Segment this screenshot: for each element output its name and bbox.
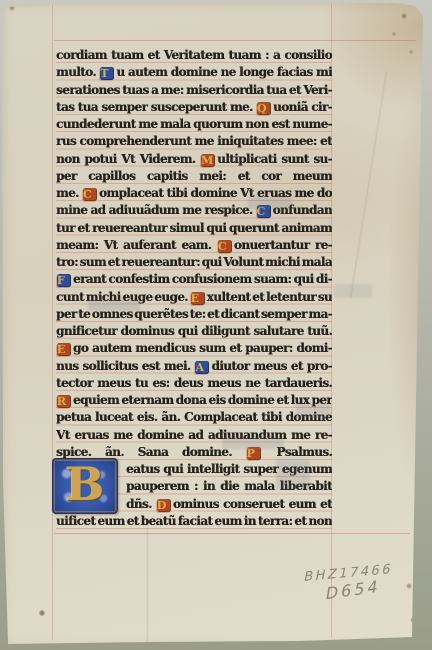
ruling-line-top [54,40,416,41]
ruling-line-left-margin [52,4,53,640]
text-line: Ferant confestim confusionem suam: qui d… [56,271,332,288]
ink-offset-smudge [296,403,330,418]
decorated-initial-t: T [100,67,114,80]
text-segment: u autem domine ne longe facias mi [116,65,332,79]
ink-offset-smudge [248,197,292,209]
text-segment: equiem eternam dona eis domine et lux pe… [73,393,332,407]
ruling-line-bottom [54,533,410,534]
decorated-initial-c: C [218,240,232,253]
text-segment: omplaceat tibi domine Vt eruas me do [99,186,332,200]
text-line: nus sollicitus est mei. Adiutor meus et … [56,358,332,375]
text-segment: tro: sum et reuereantur: qui Volunt mich… [56,255,332,269]
text-line: rus comprehenderunt me iniquitates mee: … [56,133,332,150]
text-segment: nus sollicitus est mei. [56,359,194,373]
text-line: multo. Tu autem domine ne longe facias m… [56,64,332,81]
decorated-initial-c: C [83,188,97,201]
text-segment: dñs. [126,497,156,511]
text-segment: tur et reuereantur simul qui querunt ani… [56,221,332,235]
text-line: tector meus tu es: deus meus ne tardauer… [56,375,332,392]
photograph-background: cordiam tuam et Veritatem tuam : a consi… [0,0,432,650]
text-segment: cordiam tuam et Veritatem tuam : a consi… [56,48,332,62]
text-line: Requiem eternam dona eis domine et lux p… [56,392,332,409]
text-line: cundederunt me mala quorum non est nume- [56,116,332,133]
text-segment: uificet eum et beatũ faciat eum in terra… [56,514,332,528]
text-segment: erant confestim confusionem suam: qui di… [73,272,332,286]
text-segment: me. [56,186,82,200]
decorated-initial-q: Q [257,102,271,115]
decorated-initial-e: E [57,343,71,356]
text-segment: Vt eruas me domine ad adiuuandum me re- [56,428,332,442]
text-line: uificet eum et beatũ faciat eum in terra… [56,513,332,530]
text-line: tas tua semper susceperunt me. Quoniã ci… [56,99,332,116]
text-line: gnificetur dominus qui diligunt salutare… [56,323,332,340]
text-line: serationes tuas a me: misericordia tua e… [56,82,332,99]
pencil-inscription: BHZ17466 D654 [304,562,393,604]
decorated-initial-e: E [191,292,205,305]
text-line: tro: sum et reuereantur: qui Volunt mich… [56,254,332,271]
decorated-initial-a: A [195,361,209,374]
text-segment: tector meus tu es: deus meus ne tardauer… [56,376,332,390]
text-line: petua luceat eis. ãn. Complaceat tibi do… [56,409,332,426]
ink-offset-smudge [222,437,284,449]
text-segment: non potui Vt Viderem. [56,152,200,166]
text-segment: go autem mendicus sum et pauper: domi- [73,341,332,355]
text-segment: gnificetur dominus qui diligunt salutare… [56,324,332,338]
text-segment: multo. [56,65,99,79]
text-segment: mine ad adiuuãdum me respice. [56,203,256,217]
manuscript-leaf: cordiam tuam et Veritatem tuam : a consi… [0,0,432,650]
ink-offset-smudge [276,459,310,489]
parchment-crease [147,528,148,644]
text-line: Ego autem mendicus sum et pauper: domi- [56,340,332,357]
large-initial-letter: B [66,461,105,507]
large-illuminated-initial: B [52,458,118,514]
text-segment: tas tua semper susceperunt me. [56,100,256,114]
text-segment: diutor meus et pro- [211,359,332,373]
decorated-initial-r: R [57,395,71,408]
text-line: tur et reuereantur simul qui querunt ani… [56,220,332,237]
text-segment: uoniã cir- [273,100,332,114]
decorated-initial-f: F [57,274,71,287]
decorated-initial-m: M [201,154,215,167]
text-segment: petua luceat eis. ãn. Complaceat tibi do… [56,410,332,424]
text-segment: rus comprehenderunt me iniquitates mee: … [56,134,332,148]
text-segment: per capillos capitis mei: et cor meum de… [56,169,332,185]
text-line: per capillos capitis mei: et cor meum de… [56,168,332,185]
text-segment: serationes tuas a me: misericordia tua e… [56,83,332,97]
text-segment: xultent et letentur su [207,290,332,304]
ink-offset-smudge [334,284,372,298]
text-segment: ultiplicati sunt su- [217,152,332,166]
ink-offset-smudge [88,299,140,311]
text-segment: onuertantur re- [234,238,332,252]
text-line: cordiam tuam et Veritatem tuam : a consi… [56,47,332,64]
text-line: meam: Vt auferant eam. Conuertantur re- [56,237,332,254]
text-segment: cundederunt me mala quorum non est nume- [56,117,332,131]
decorated-initial-d: D [157,499,171,512]
parchment-crease [350,71,387,298]
text-segment: meam: Vt auferant eam. [56,238,217,252]
text-line: Vt eruas me domine ad adiuuandum me re- [56,427,332,444]
text-line: non potui Vt Viderem. Multiplicati sunt … [56,151,332,168]
